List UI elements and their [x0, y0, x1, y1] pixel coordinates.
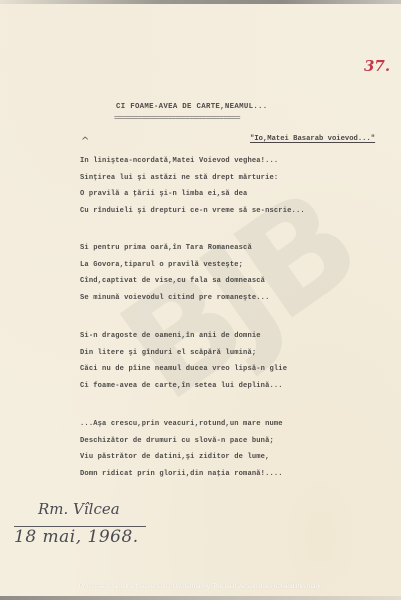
folio-number: 37.: [364, 57, 390, 75]
poem-title: CI FOAME-AVEA DE CARTE,NEAMUL...: [116, 103, 268, 111]
title-underline-rule: =====================================: [114, 116, 240, 123]
verse-line: ...Aşa crescu,prin veacuri,rotund,un mar…: [80, 416, 283, 433]
verse-line: Viu păstrător de datini,şi ziditor de lu…: [80, 449, 283, 466]
verse-line: Ci foame-avea de carte,în setea lui depl…: [80, 378, 287, 395]
verse-line: Si-n dragoste de oameni,în anii de domni…: [80, 328, 287, 345]
stanza-1: In liniştea-ncordată,Matei Voievod veghe…: [80, 153, 305, 220]
stanza-4: ...Aşa crescu,prin veacuri,rotund,un mar…: [80, 416, 283, 483]
verse-line: Cînd,captivat de vise,cu fala sa domneas…: [80, 273, 270, 290]
verse-line: Cu rînduieli şi drepturi ce-n vreme să s…: [80, 203, 305, 220]
stanza-2: Si pentru prima oară,în Tara Romanească …: [80, 240, 270, 307]
verse-line: Si pentru prima oară,în Tara Romanească: [80, 240, 270, 257]
watermarkly-notice: Processed using the free version of Wate…: [0, 583, 401, 590]
verse-line: Sinţirea lui şi astăzi ne stă drept mărt…: [80, 170, 305, 187]
verse-line: Domn ridicat prin glorii,din naţia roman…: [80, 466, 283, 483]
handwritten-date: 18 mai, 1968.: [14, 527, 139, 547]
verse-line: Deschizător de drumuri cu slovă-n pace b…: [80, 433, 283, 450]
poem-epigraph: "Io,Matei Basarab voievod...": [250, 135, 375, 143]
verse-line: In liniştea-ncordată,Matei Voievod veghe…: [80, 153, 305, 170]
verse-line: La Govora,tiparul o pravilă vesteşte;: [80, 257, 270, 274]
insertion-caret-mark: ^: [81, 136, 89, 147]
stanza-3: Si-n dragoste de oameni,în anii de domni…: [80, 328, 287, 395]
scan-bottom-edge: [0, 596, 401, 600]
verse-line: Din litere şi gînduri el scăpără lumină;: [80, 345, 287, 362]
verse-line: Se minună voievodul citind pre romaneşte…: [80, 290, 270, 307]
verse-line: Căci nu de pîine neamul ducea vreo lipsă…: [80, 361, 287, 378]
handwritten-place: Rm. Vîlcea: [38, 500, 120, 518]
verse-line: O pravilă a ţării şi-n limba ei,să dea: [80, 186, 305, 203]
